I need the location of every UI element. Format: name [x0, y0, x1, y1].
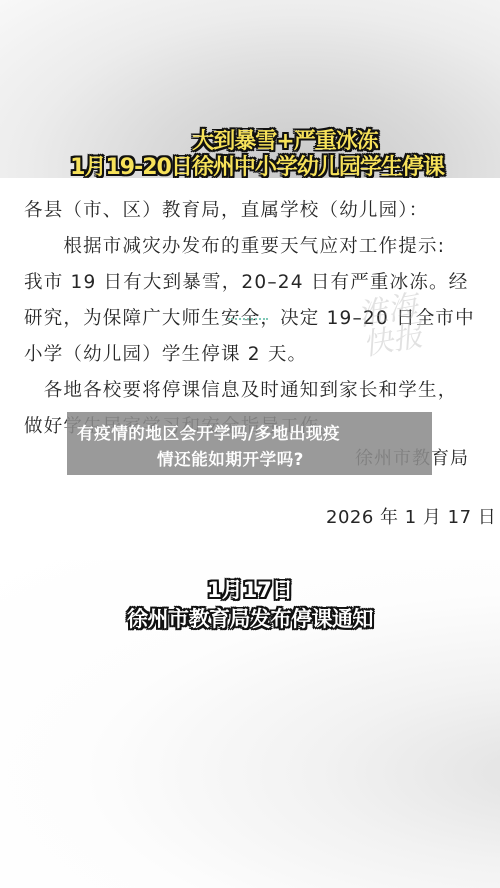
watermark-logo: 淮海 快报 — [345, 290, 442, 395]
overlay-title-line-1[interactable]: 有疫情的地区会开学吗/多地出现疫 — [77, 420, 340, 444]
overlay-title-line-2[interactable]: 情还能如期开学吗? — [157, 446, 304, 470]
notice-paragraph-line: 根据市减灾办发布的重要天气应对工作提示: — [24, 232, 445, 258]
dotted-underline — [228, 318, 268, 320]
notice-salutation: 各县（市、区）教育局，直属学校（幼儿园）： — [24, 196, 428, 222]
notice-date: 2026 年 1 月 17 日 — [326, 503, 496, 529]
caption-title: 徐州市教育局发布停课通知 — [0, 603, 500, 633]
notice-paragraph-line: 小学（幼儿园）学生停课 2 天。 — [24, 340, 307, 366]
headline-line-2: 1月19-20日徐州中小学幼儿园学生停课 — [0, 150, 500, 181]
caption-date: 1月17日 — [0, 574, 500, 604]
